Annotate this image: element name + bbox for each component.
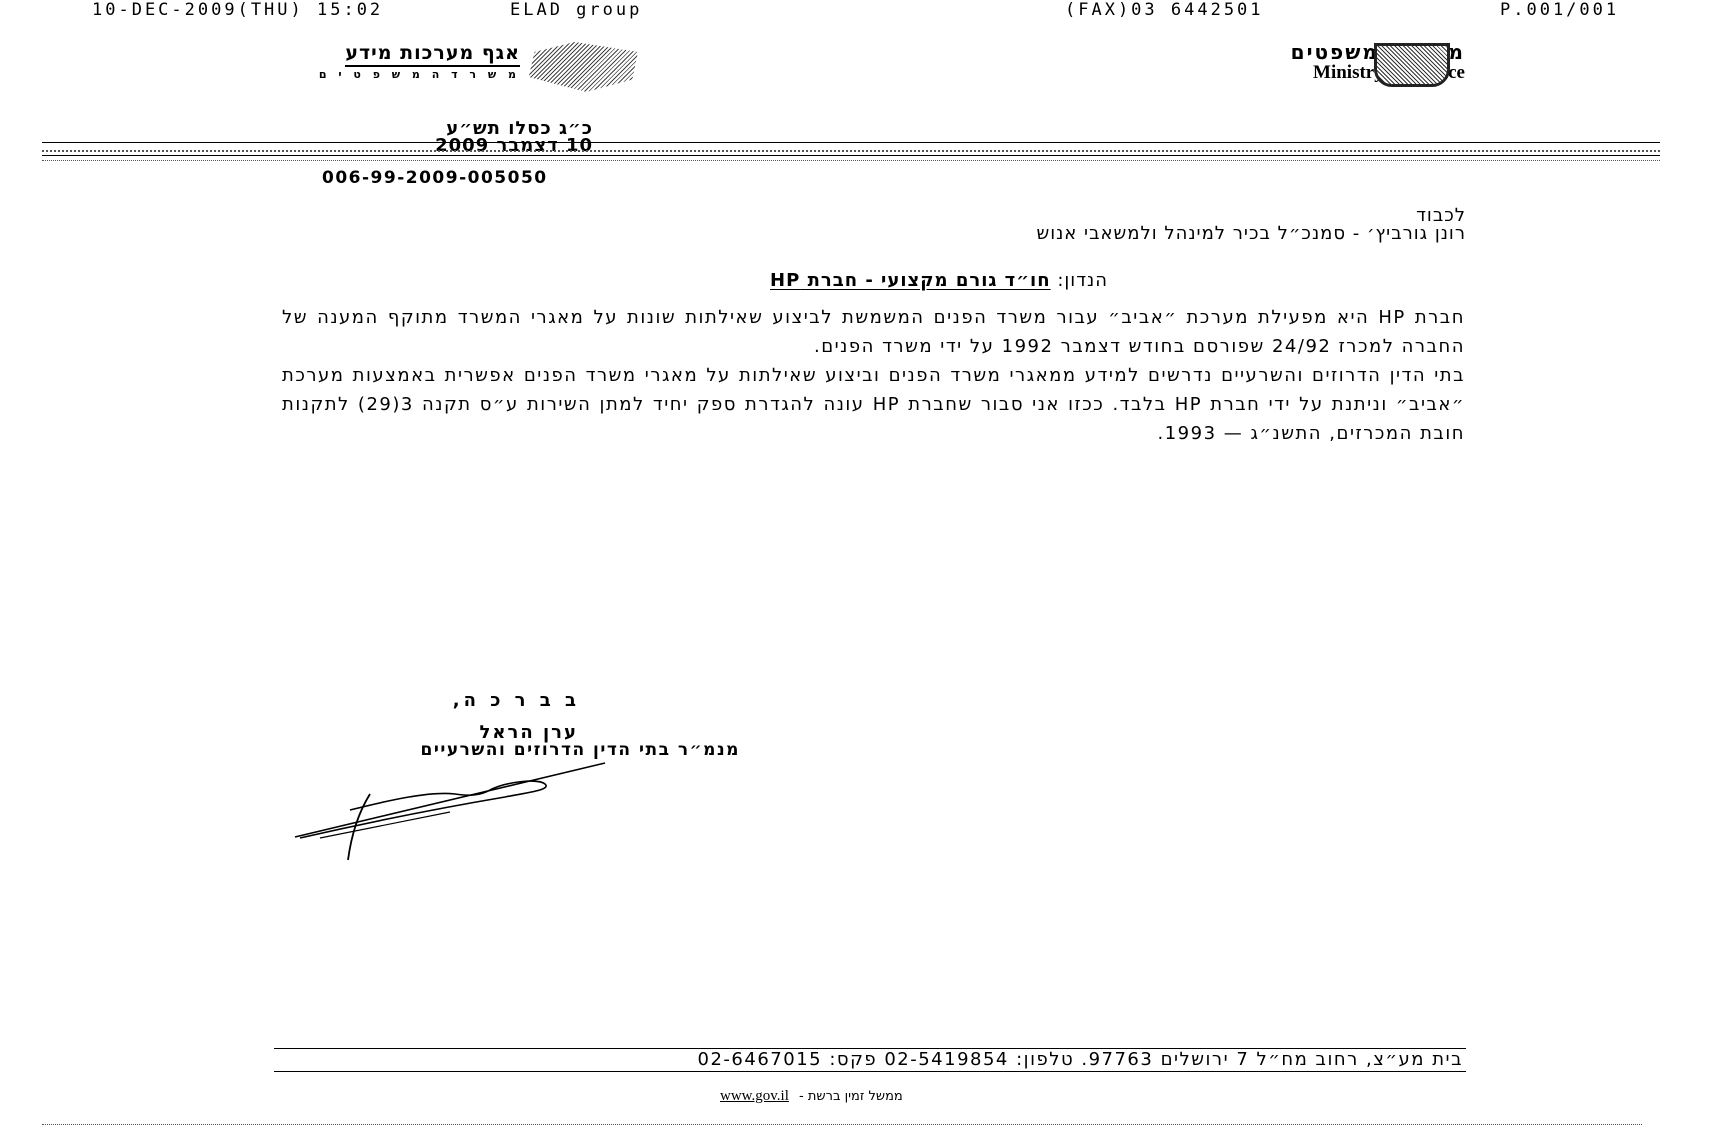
state-emblem-icon — [1374, 43, 1450, 87]
handwritten-signature-icon — [290, 760, 620, 870]
letter-body: חברת HP היא מפעילת מערכת ״אביב״ עבור משר… — [282, 303, 1465, 448]
department-letterhead: אגף מערכות מידע מ ש ר ד ה מ ש פ ט י ם — [295, 42, 520, 82]
subject-line: הנדון: חו״ד גורם מקצועי - חברת HP — [770, 270, 1108, 291]
body-paragraph: בתי הדין הדרוזים והשרעיים נדרשים למידע מ… — [282, 361, 1465, 448]
reference-number: 006-99-2009-005050 — [322, 168, 548, 188]
department-subtitle: מ ש ר ד ה מ ש פ ט י ם — [319, 68, 520, 81]
footer-address: בית מע״צ, רחוב מח״ל 7 ירושלים 97763. טלפ… — [698, 1049, 1463, 1070]
body-paragraph: חברת HP היא מפעילת מערכת ״אביב״ עבור משר… — [282, 303, 1465, 361]
fax-datetime: 10-DEC-2009(THU) 15:02 — [92, 0, 383, 20]
closing: ב ב ר כ ה, — [290, 690, 580, 711]
footer-tagline: ממשל זמין ברשת - — [799, 1089, 903, 1104]
department-name: אגף מערכות מידע — [345, 42, 520, 67]
gregorian-date: 10 דצמבר 2009 — [380, 135, 593, 156]
fax-page-count: P.001/001 — [1500, 0, 1619, 20]
header-divider-dotted — [42, 150, 1660, 152]
subject-label: הנדון: — [1057, 270, 1108, 291]
fax-scan-noise — [42, 1124, 1642, 1125]
signatory-title: מנמ״ר בתי הדין הדרוזים והשרעיים — [290, 740, 740, 760]
fax-sender: ELAD group — [510, 0, 642, 20]
footer-tagline-row: www.gov.il ממשל זמין ברשת - — [720, 1088, 903, 1105]
header-divider-dotted — [42, 160, 1660, 161]
header-divider — [42, 142, 1660, 143]
header-divider — [42, 155, 1660, 156]
website-link[interactable]: www.gov.il — [720, 1088, 789, 1104]
recipient: רונן גורביץ׳ - סמנכ״ל בכיר למינהל ולמשאב… — [1036, 223, 1466, 244]
footer-divider — [274, 1071, 1466, 1072]
department-logo-icon — [523, 42, 638, 92]
subject-text: חו״ד גורם מקצועי - חברת HP — [770, 270, 1051, 291]
fax-number: (FAX)03 6442501 — [1065, 0, 1264, 20]
